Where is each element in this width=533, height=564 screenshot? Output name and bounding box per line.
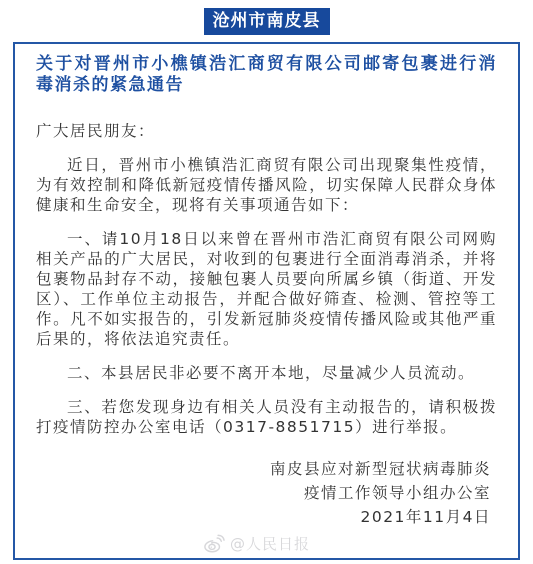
- paragraph-item-3: 三、若您发现身边有相关人员没有主动报告的，请积极拨打疫情防控办公室电话（0317…: [36, 397, 497, 437]
- salutation: 广大居民朋友：: [36, 121, 497, 141]
- region-badge: 沧州市南皮县: [204, 8, 330, 35]
- paragraph-item-2: 二、本县居民非必要不离开本地，尽量减少人员流动。: [36, 363, 497, 383]
- watermark: @人民日报: [203, 533, 310, 554]
- signature-org-line-1: 南皮县应对新型冠状病毒肺炎: [36, 457, 491, 481]
- notice-page: 沧州市南皮县 关于对晋州市小樵镇浩汇商贸有限公司邮寄包裹进行消毒消杀的紧急通告 …: [0, 0, 533, 564]
- weibo-icon: [203, 534, 225, 554]
- paragraph-intro: 近日，晋州市小樵镇浩汇商贸有限公司出现聚集性疫情，为有效控制和降低新冠疫情传播风…: [36, 155, 497, 215]
- signature-date: 2021年11月4日: [36, 505, 491, 529]
- signature-org-line-2: 疫情工作领导小组办公室: [36, 481, 491, 505]
- notice-title: 关于对晋州市小樵镇浩汇商贸有限公司邮寄包裹进行消毒消杀的紧急通告: [36, 54, 497, 96]
- paragraph-item-1: 一、请10月18日以来曾在晋州市浩汇商贸有限公司网购相关产品的广大居民，对收到的…: [36, 229, 497, 349]
- watermark-text: @人民日报: [230, 533, 310, 554]
- signature-block: 南皮县应对新型冠状病毒肺炎 疫情工作领导小组办公室 2021年11月4日: [36, 457, 491, 529]
- notice-box: 关于对晋州市小樵镇浩汇商贸有限公司邮寄包裹进行消毒消杀的紧急通告 广大居民朋友：…: [13, 42, 520, 560]
